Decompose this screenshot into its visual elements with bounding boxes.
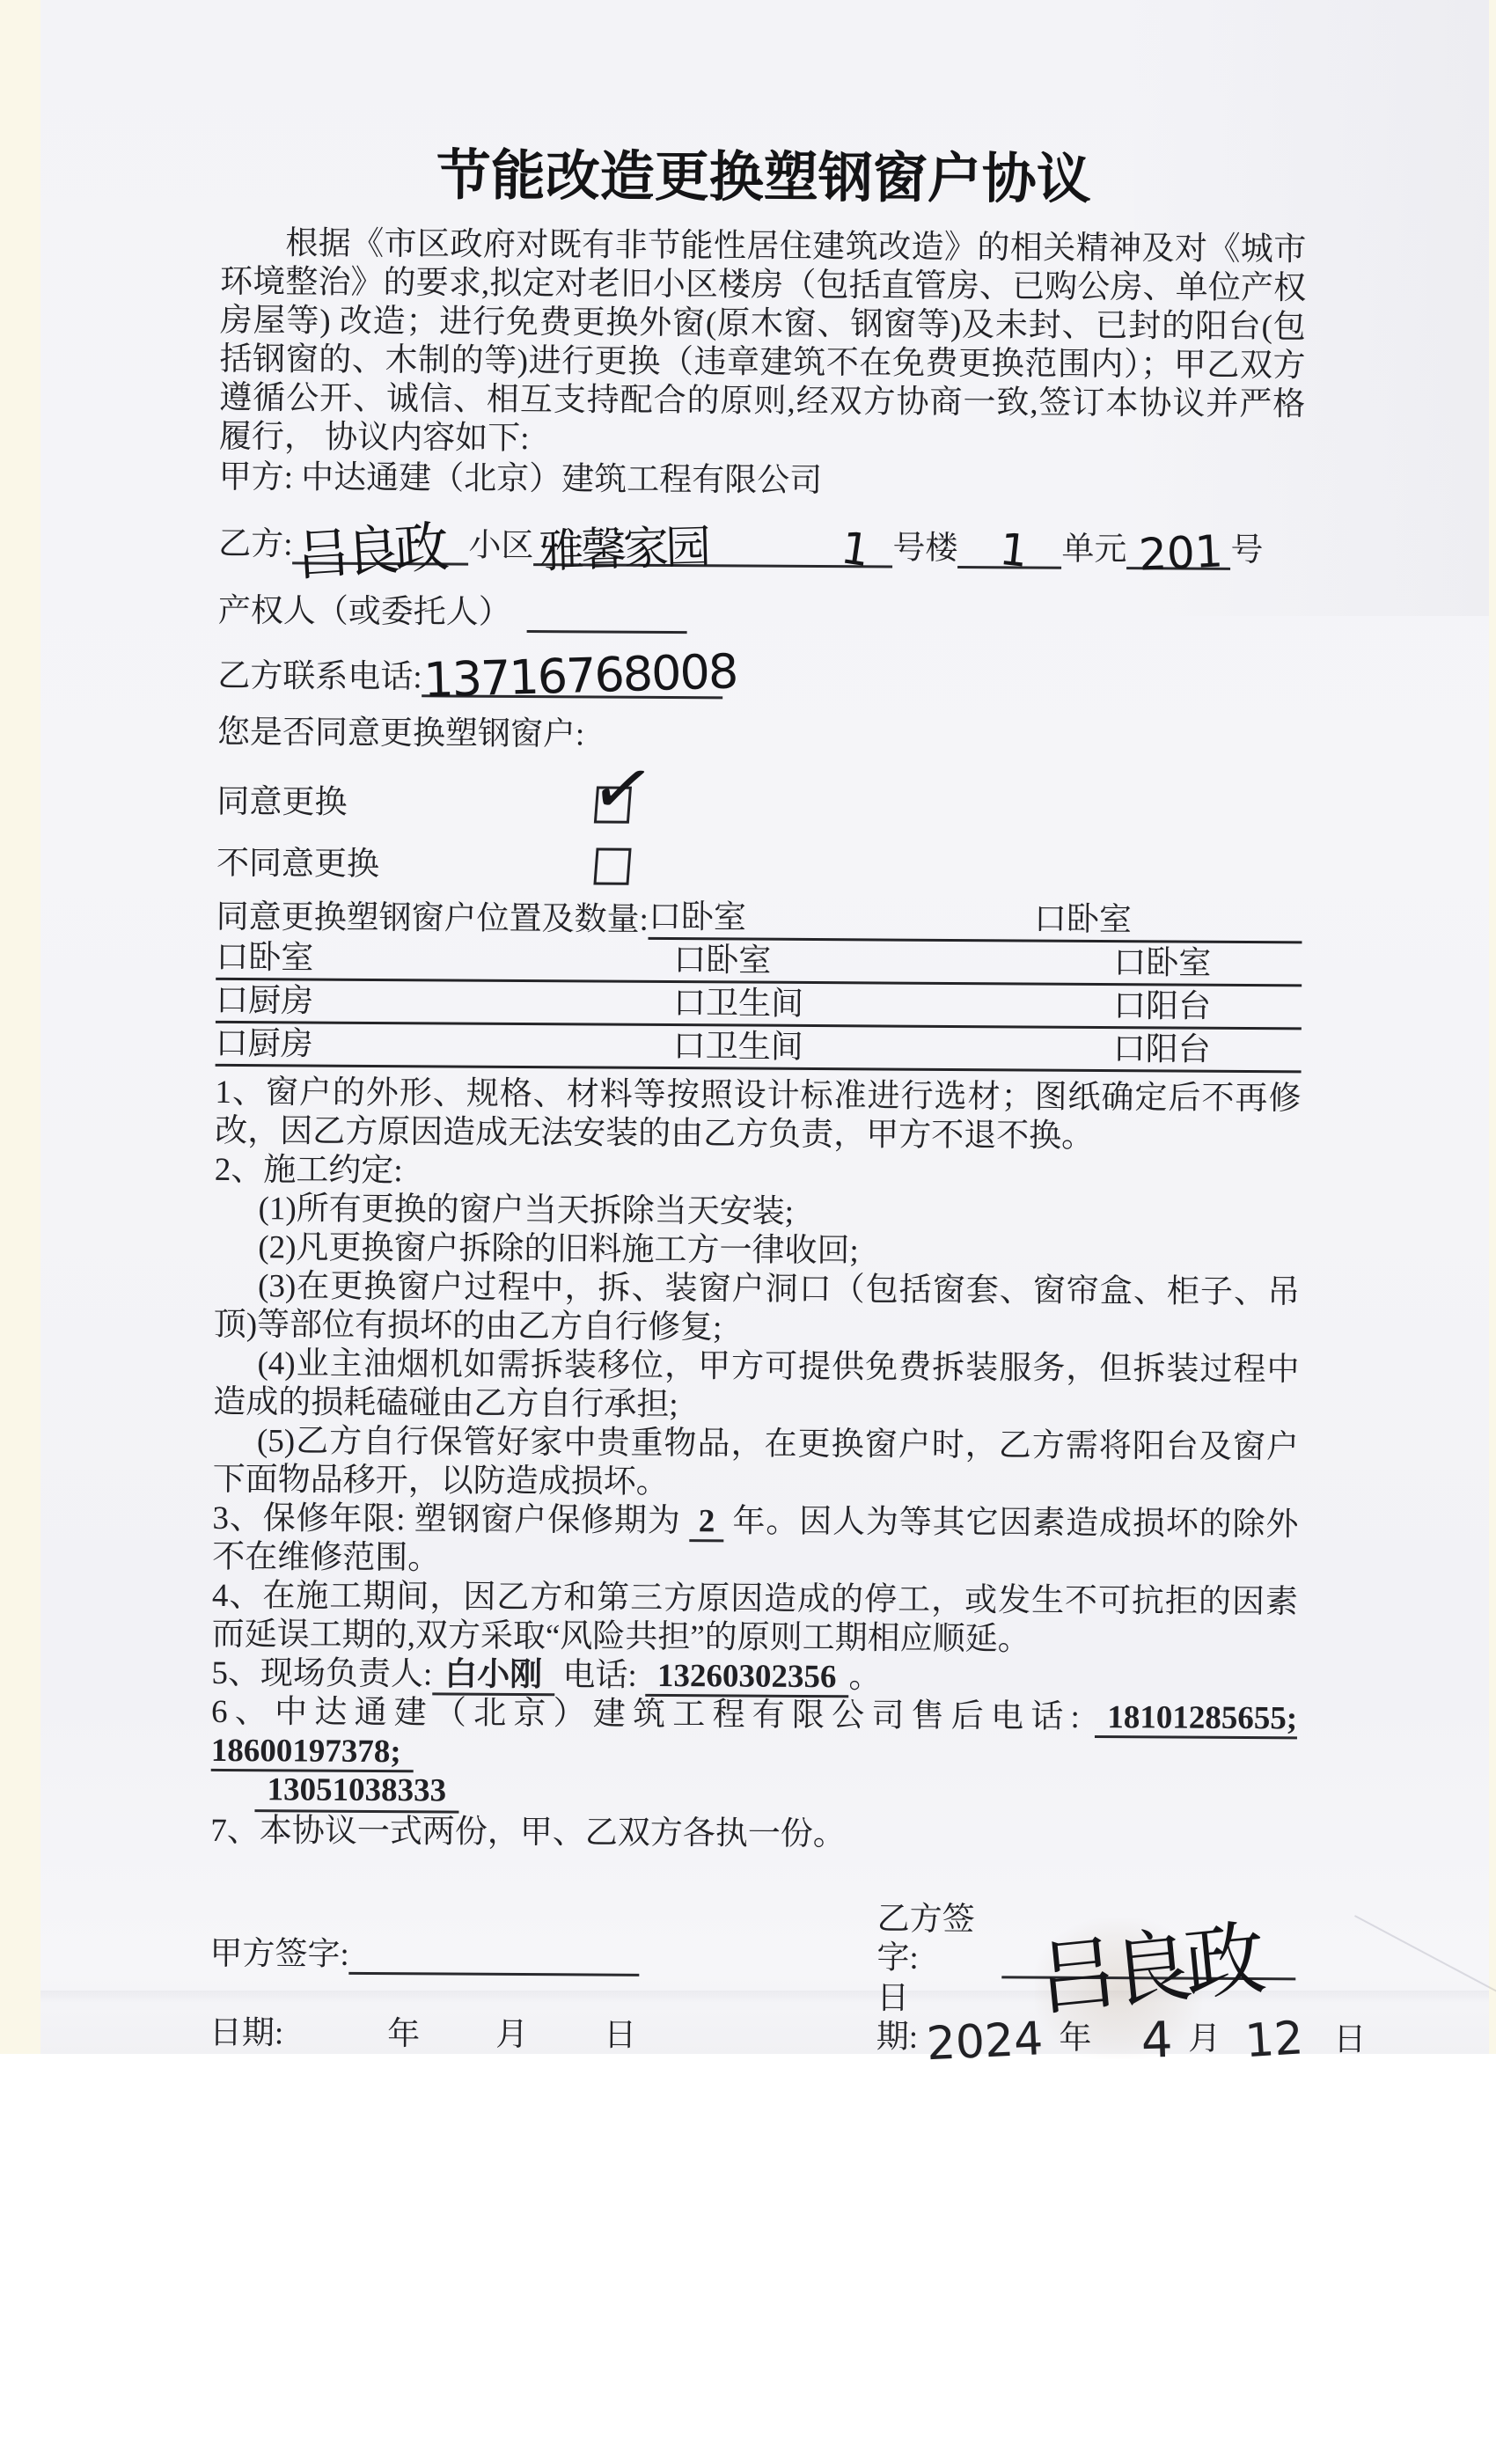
clause-7: 7、本协议一式两份，甲、乙双方各执一份。 <box>210 1812 1296 1858</box>
community-label: 小区 <box>468 527 533 566</box>
consent-question: 您是否同意更换塑钢窗户: <box>217 714 1303 759</box>
party-b-signature-area: 乙方签字: 吕良政 <box>876 1900 1296 1980</box>
table-cell: 口厨房 <box>216 1025 673 1067</box>
handwritten-unit-number: 1 <box>998 530 1030 571</box>
community-blank: 雅馨家园 1 <box>533 524 892 568</box>
table-row: 口厨房 口卫生间 口阳台 <box>216 1023 1302 1074</box>
clause-4: 4、在施工期间，因乙方和第三方原因造成的停工，或发生不可抗拒的因素而延误工期的,… <box>212 1577 1299 1661</box>
contact-label: 乙方联系电话: <box>217 657 422 697</box>
handwritten-phone-number: 13716768008 <box>423 652 737 700</box>
locations-cell: 口卧室 <box>1034 901 1132 941</box>
warranty-years-value: 2 <box>690 1503 724 1542</box>
table-row: 口卧室 口卧室 口卧室 <box>216 937 1302 987</box>
clause-5: 5、现场负责人:白小刚 电话: 13260302356。 <box>211 1654 1297 1700</box>
party-a-sign-blank <box>349 1933 640 1976</box>
signature-section: 甲方签字: 乙方签字: 吕良政 <box>209 1918 1295 1981</box>
date-a-year-unit: 年 <box>387 2015 420 2054</box>
locations-header-cells: 口卧室 口卧室 <box>649 898 1302 944</box>
agree-row: 同意更换 ✓ <box>216 782 1302 830</box>
handwritten-date-day: 12 <box>1244 2019 1305 2061</box>
page-title: 节能改造更换塑钢窗户协议 <box>221 142 1307 216</box>
clause-2-heading: 2、施工约定: <box>215 1151 1301 1197</box>
date-b-month-unit: 月 <box>1188 2020 1221 2059</box>
party-b-date-area: 日期: 2024 年 4 月 12 日 <box>876 1979 1367 2059</box>
clause-2-item: (5)乙方自行保管好家中贵重物品，在更换窗户时，乙方需将阳台及窗户下面物品移开，… <box>213 1422 1300 1507</box>
locations-cell: 口卧室 <box>649 898 1034 940</box>
site-manager-phone: 13260302356 <box>645 1658 849 1698</box>
owner-blank <box>527 591 687 634</box>
table-cell: 口卫生间 <box>673 985 1113 1026</box>
table-cell: 口厨房 <box>216 982 673 1023</box>
clause-6-label: 6、中达通建（北京）建筑工程有限公司售后电话: <box>211 1694 1080 1735</box>
disagree-label: 不同意更换 <box>216 845 595 886</box>
unit-blank: 1 <box>957 527 1061 569</box>
table-cell: 口卧室 <box>673 942 1113 983</box>
handwritten-room-number: 201 <box>1138 532 1223 574</box>
handwritten-building-number: 1 <box>840 528 873 570</box>
party-a-label: 甲方: <box>219 459 294 496</box>
handwritten-date-year: 2024 <box>926 2020 1044 2064</box>
date-b-label: 日期: <box>876 1979 919 2057</box>
date-a-label: 日期: <box>209 2014 284 2054</box>
party-b-line: 乙方: 吕良政 小区 雅馨家园 1 号楼 1 单元 201 号 <box>218 510 1304 571</box>
party-a-signature-area: 甲方签字: <box>209 1932 656 1976</box>
owner-line: 产权人（或委托人） <box>218 585 1304 638</box>
disagree-row: 不同意更换 <box>216 844 1302 891</box>
party-a-sign-label: 甲方签字: <box>209 1935 349 1975</box>
party-a-value: 中达通建（北京）建筑工程有限公司 <box>301 459 822 499</box>
handwritten-check-mark: ✓ <box>585 750 660 830</box>
building-label: 号楼 <box>892 530 957 568</box>
paper-sheet: 节能改造更换塑钢窗户协议 根据《市区政府对既有非节能性居住建筑改造》的相关精神及… <box>40 0 1489 2054</box>
aftersales-phones-line2: 13051038333 <box>254 1771 458 1813</box>
table-cell: 口阳台 <box>1113 1030 1302 1070</box>
locations-table: 口卧室 口卧室 口卧室 口厨房 口卫生间 口阳台 口厨房 口卫生间 口阳台 <box>216 937 1302 1074</box>
date-section: 日期: 年 月 日 日期: 2024 年 4 月 12 日 <box>209 2000 1295 2060</box>
table-cell: 口阳台 <box>1113 987 1302 1027</box>
contact-line: 乙方联系电话: 13716768008 <box>217 645 1303 703</box>
clause-5-label: 5、现场负责人: <box>211 1655 432 1693</box>
locations-header-row: 同意更换塑钢窗户位置及数量: 口卧室 口卧室 <box>216 895 1302 944</box>
party-b-name-blank: 吕良政 <box>292 523 468 565</box>
intro-paragraph: 根据《市区政府对既有非节能性居住建筑改造》的相关精神及对《城市环境整治》的要求,… <box>219 224 1307 464</box>
table-cell: 口卫生间 <box>673 1028 1113 1069</box>
handwritten-community-name: 雅馨家园 <box>539 528 708 572</box>
unit-label: 单元 <box>1061 531 1126 569</box>
clause-3-pre: 3、保修年限: 塑钢窗户保修期为 <box>212 1500 680 1539</box>
party-a-date-area: 日期: 年 月 日 <box>209 2014 656 2056</box>
table-cell: 口卧室 <box>1113 944 1302 984</box>
clause-5-end: 。 <box>848 1659 881 1695</box>
table-cell: 口卧室 <box>216 939 673 980</box>
handwritten-party-b-name: 吕良政 <box>295 528 444 576</box>
clause-2-item: (4)业主油烟机如需拆装移位，甲方可提供免费拆装服务，但拆装过程中造成的损耗磕碰… <box>213 1345 1300 1429</box>
room-label: 号 <box>1230 532 1263 570</box>
handwritten-date-month: 4 <box>1140 2021 1173 2061</box>
party-b-sign-label: 乙方签字: <box>876 1900 1002 1978</box>
clause-5-tel-label: 电话: <box>562 1657 637 1694</box>
party-b-sign-blank: 吕良政 <box>1001 1937 1295 1980</box>
party-a-line: 甲方: 中达通建（北京）建筑工程有限公司 <box>219 458 1305 504</box>
date-a-month-unit: 月 <box>495 2016 528 2055</box>
document-content: 节能改造更换塑钢窗户协议 根据《市区政府对既有非节能性居住建筑改造》的相关精神及… <box>28 0 1489 2061</box>
agree-checkbox: ✓ <box>594 787 632 824</box>
locations-label: 同意更换塑钢窗户位置及数量: <box>216 898 649 940</box>
clause-1: 1、窗户的外形、规格、材料等按照设计标准进行选材；图纸确定后不再修改，因乙方原因… <box>215 1074 1302 1158</box>
clause-6: 6、中达通建（北京）建筑工程有限公司售后电话: 18101285655; 186… <box>210 1693 1297 1819</box>
table-row: 口厨房 口卫生间 口阳台 <box>216 980 1302 1030</box>
party-b-label: 乙方: <box>218 525 293 565</box>
clause-2-item: (3)在更换窗户过程中，拆、装窗户洞口（包括窗套、窗帘盒、柜子、吊顶)等部位有损… <box>214 1267 1301 1352</box>
date-b-year-unit: 年 <box>1059 2020 1091 2058</box>
clauses-section: 1、窗户的外形、规格、材料等按照设计标准进行选材；图纸确定后不再修改，因乙方原因… <box>210 1074 1301 1858</box>
agree-label: 同意更换 <box>216 783 595 825</box>
room-blank: 201 <box>1126 528 1230 570</box>
disagree-checkbox <box>593 848 631 885</box>
clause-3: 3、保修年限: 塑钢窗户保修期为 2 年。因人为等其它因素造成损坏的除外不在维修… <box>212 1500 1299 1584</box>
contact-blank: 13716768008 <box>422 656 722 699</box>
date-b-day-unit: 日 <box>1333 2021 1366 2060</box>
date-a-day-unit: 日 <box>604 2017 636 2056</box>
clause-2-item: (1)所有更换的窗户当天拆除当天安装; <box>214 1190 1300 1236</box>
clause-2-item: (2)凡更换窗户拆除的旧料施工方一律收回; <box>214 1228 1300 1274</box>
site-manager-name: 白小刚 <box>432 1656 554 1696</box>
owner-label: 产权人（或委托人） <box>218 592 511 633</box>
